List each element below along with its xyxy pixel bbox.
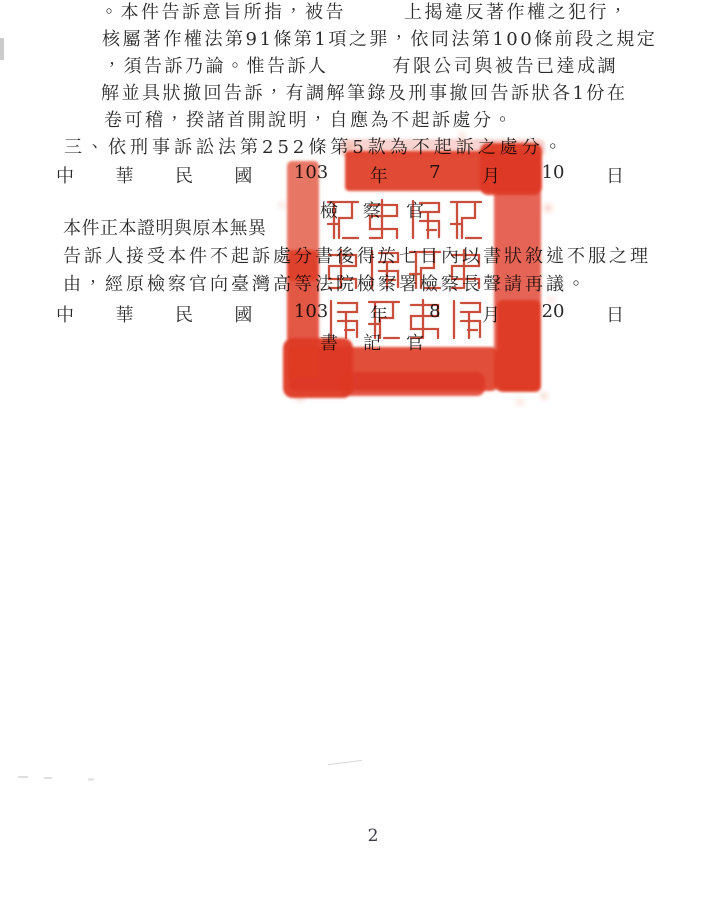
title-char: 書: [320, 329, 338, 355]
date-token: 民: [175, 301, 193, 327]
date-token: 月: [482, 301, 500, 327]
clerk-date-line: 中 華 民 國 103 年 8 月 20 日: [56, 301, 624, 327]
date-year: 103: [294, 301, 328, 327]
paragraph-line: 核屬著作權法第91條第1項之罪，依同法第100條前段之規定: [102, 29, 657, 51]
remedy-notice-line: 告訴人接受本件不起訴處分書後得於七日內以書狀敘述不服之理: [63, 246, 651, 268]
date-token: 華: [115, 162, 133, 188]
page-number: 2: [358, 826, 388, 846]
date-token: 中: [56, 162, 74, 188]
title-char: 察: [363, 197, 381, 223]
date-day-value: 10: [542, 162, 565, 188]
line3-seg1: ，須告訴乃論。惟告訴人: [103, 56, 329, 77]
date-token: 民: [175, 162, 193, 188]
list-item-3: 三、依刑事訴訟法第252條第5款為不起訴之處分。: [64, 137, 566, 159]
date-token: 月: [482, 162, 500, 188]
date-token: 華: [115, 301, 133, 327]
date-token: 日: [606, 162, 624, 188]
date-token: 日: [606, 301, 624, 327]
title-char: 官: [406, 197, 424, 223]
date-token: 國: [234, 162, 252, 188]
title-char: 檢: [320, 197, 338, 223]
certification-statement: 本件正本證明與原本無異: [63, 218, 267, 240]
remedy-notice-line: 由，經原檢察官向臺灣高等法院檢察署檢察長聲請再議。: [63, 274, 588, 296]
line1-seg2: 上揭違反著作權之犯行，: [404, 2, 630, 23]
scanned-document-page: 。本件告訴意旨所指，被告上揭違反著作權之犯行， 核屬著作權法第91條第1項之罪，…: [0, 0, 720, 900]
paragraph-line: 解並具狀撤回告訴，有調解筆錄及刑事撤回告訴狀各1份在: [101, 83, 627, 105]
title-char: 官: [406, 329, 424, 355]
line3-seg2: 有限公司與被告已達成調: [393, 56, 619, 77]
date-month-value: 7: [429, 162, 440, 188]
paragraph-line: ，須告訴乃論。惟告訴人有限公司與被告已達成調: [103, 56, 618, 78]
paragraph-line: 卷可稽，揆諸首開說明，自應為不起訴處分。: [104, 110, 514, 132]
line1-seg1: 。本件告訴意旨所指，被告: [100, 2, 346, 23]
date-day-value: 20: [542, 301, 565, 327]
date-year: 103: [294, 162, 328, 188]
clerk-title: 書 記 官: [320, 329, 424, 355]
date-token: 中: [56, 301, 74, 327]
date-token: 國: [234, 301, 252, 327]
document-text-layer: 。本件告訴意旨所指，被告上揭違反著作權之犯行， 核屬著作權法第91條第1項之罪，…: [0, 0, 720, 900]
paragraph-line: 。本件告訴意旨所指，被告上揭違反著作權之犯行，: [100, 2, 630, 24]
prosecutor-date-line: 中 華 民 國 103 年 7 月 10 日: [56, 162, 624, 188]
prosecutor-title: 檢 察 官: [320, 197, 424, 223]
date-month-value: 8: [429, 301, 440, 327]
title-char: 記: [363, 329, 381, 355]
date-token: 年: [370, 301, 388, 327]
date-token: 年: [370, 162, 388, 188]
